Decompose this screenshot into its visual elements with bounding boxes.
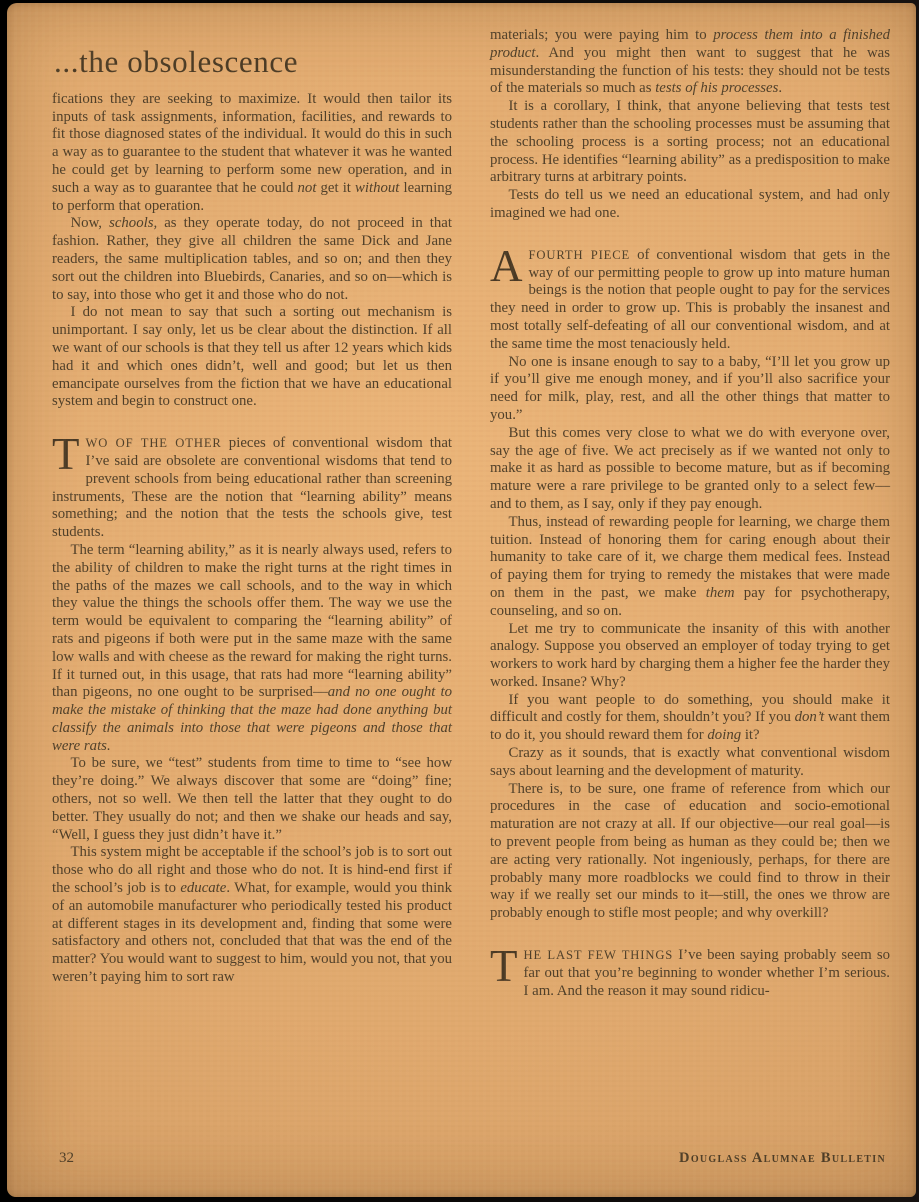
paragraph: Thus, instead of rewarding people for le… (490, 514, 890, 621)
text-columns: ...the obsolescence fications they are s… (52, 3, 890, 1000)
paragraph: I do not mean to say that such a sorting… (52, 304, 452, 411)
drop-cap: T (52, 435, 86, 471)
paragraph: THE LAST FEW THINGS I’ve been saying pro… (490, 947, 890, 1000)
paragraph: If you want people to do something, you … (490, 692, 890, 745)
paragraph: But this comes very close to what we do … (490, 425, 890, 514)
paragraph: fications they are seeking to maximize. … (52, 91, 452, 216)
page-footer: 32 Douglass Alumnae Bulletin (59, 1150, 886, 1167)
right-column: materials; you were paying him to proces… (490, 3, 890, 1000)
paragraph: AFOURTH PIECE of conventional wisdom tha… (490, 247, 890, 354)
page-title: ...the obsolescence (54, 53, 452, 71)
small-caps-lead: WO OF THE OTHER (86, 436, 222, 450)
left-column: ...the obsolescence fications they are s… (52, 3, 452, 1000)
drop-cap: T (490, 947, 524, 983)
paragraph: There is, to be sure, one frame of refer… (490, 781, 890, 923)
small-caps-lead: FOURTH PIECE (529, 248, 631, 262)
paragraph: Tests do tell us we need an educational … (490, 187, 890, 223)
page-number: 32 (59, 1150, 74, 1167)
left-column-paragraphs: fications they are seeking to maximize. … (52, 91, 452, 987)
paragraph: TWO OF THE OTHER pieces of conventional … (52, 435, 452, 542)
paragraph: To be sure, we “test” students from time… (52, 755, 452, 844)
paragraph: Now, schools, as they operate today, do … (52, 215, 452, 304)
paragraph: No one is insane enough to say to a baby… (490, 354, 890, 425)
paragraph: Let me try to communicate the insanity o… (490, 621, 890, 692)
paragraph: This system might be acceptable if the s… (52, 844, 452, 986)
paragraph: Crazy as it sounds, that is exactly what… (490, 745, 890, 781)
paragraph: materials; you were paying him to proces… (490, 27, 890, 98)
paragraph: The term “learning ability,” as it is ne… (52, 542, 452, 756)
drop-cap: A (490, 247, 529, 283)
small-caps-lead: HE LAST FEW THINGS (524, 948, 674, 962)
page: ...the obsolescence fications they are s… (7, 3, 916, 1197)
paragraph: It is a corollary, I think, that anyone … (490, 98, 890, 187)
publication-name: Douglass Alumnae Bulletin (679, 1150, 886, 1167)
scanned-page: ...the obsolescence fications they are s… (0, 0, 919, 1202)
